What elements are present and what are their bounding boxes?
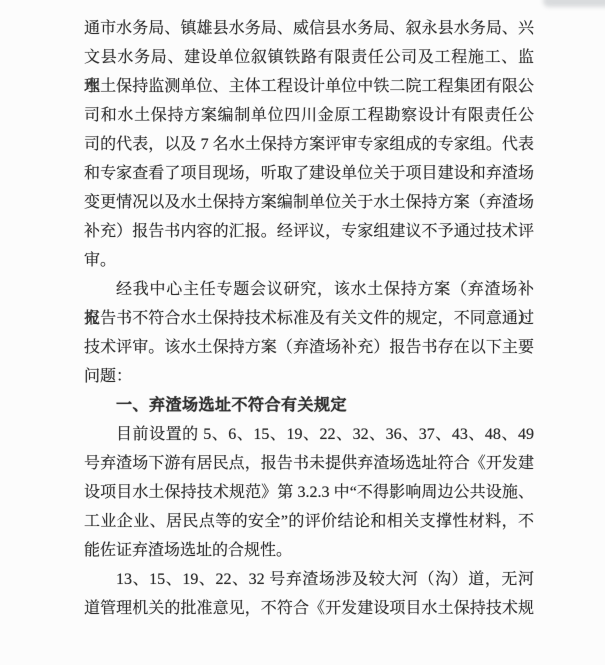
document-line: 经我中心主任专题会议研究，该水土保持方案（弃渣场补充） <box>84 275 534 304</box>
document-line: 水土保持监测单位、主体工程设计单位中铁二院工程集团有限公 <box>84 72 534 101</box>
document-line: 文县水务局、建设单位叙镇铁路有限责任公司及工程施工、监理、 <box>84 43 534 72</box>
document-line: 通市水务局、镇雄县水务局、威信县水务局、叙永县水务局、兴 <box>84 14 534 43</box>
document-line: 能佐证弃渣场选址的合规性。 <box>84 536 534 565</box>
document-line: 报告书不符合水土保持技术标准及有关文件的规定，不同意通过 <box>84 304 534 333</box>
scan-edge-artifact <box>543 0 605 7</box>
document-line: 工业企业、居民点等的安全”的评价结论和相关支撑性材料，不 <box>84 507 534 536</box>
document-line: 技术评审。该水土保持方案（弃渣场补充）报告书存在以下主要 <box>84 333 534 362</box>
document-line: 设项目水土保持技术规范》第 3.2.3 中“不得影响周边公共设施、 <box>84 478 534 507</box>
document-line: 司和水土保持方案编制单位四川金原工程勘察设计有限责任公 <box>84 101 534 130</box>
document-line: 道管理机关的批准意见，不符合《开发建设项目水土保持技术规 <box>84 594 534 623</box>
document-line: 司的代表，以及 7 名水土保持方案评审专家组成的专家组。代表 <box>84 130 534 159</box>
section-heading: 一、弃渣场选址不符合有关规定 <box>84 391 534 420</box>
document-line: 变更情况以及水土保持方案编制单位关于水土保持方案（弃渣场 <box>84 188 534 217</box>
document-line: 问题： <box>84 362 534 391</box>
document-line: 号弃渣场下游有居民点，报告书未提供弃渣场选址符合《开发建 <box>84 449 534 478</box>
document-line: 审。 <box>84 246 534 275</box>
scanned-document-page: 通市水务局、镇雄县水务局、威信县水务局、叙永县水务局、兴文县水务局、建设单位叙镇… <box>0 0 605 665</box>
document-line: 13、15、19、22、32 号弃渣场涉及较大河（沟）道，无河 <box>84 565 534 594</box>
document-line: 和专家查看了项目现场，听取了建设单位关于项目建设和弃渣场 <box>84 159 534 188</box>
document-line: 补充）报告书内容的汇报。经评议，专家组建议不予通过技术评 <box>84 217 534 246</box>
document-line: 目前设置的 5、6、15、19、22、32、36、37、43、48、49 <box>84 420 534 449</box>
document-body: 通市水务局、镇雄县水务局、威信县水务局、叙永县水务局、兴文县水务局、建设单位叙镇… <box>84 14 534 623</box>
